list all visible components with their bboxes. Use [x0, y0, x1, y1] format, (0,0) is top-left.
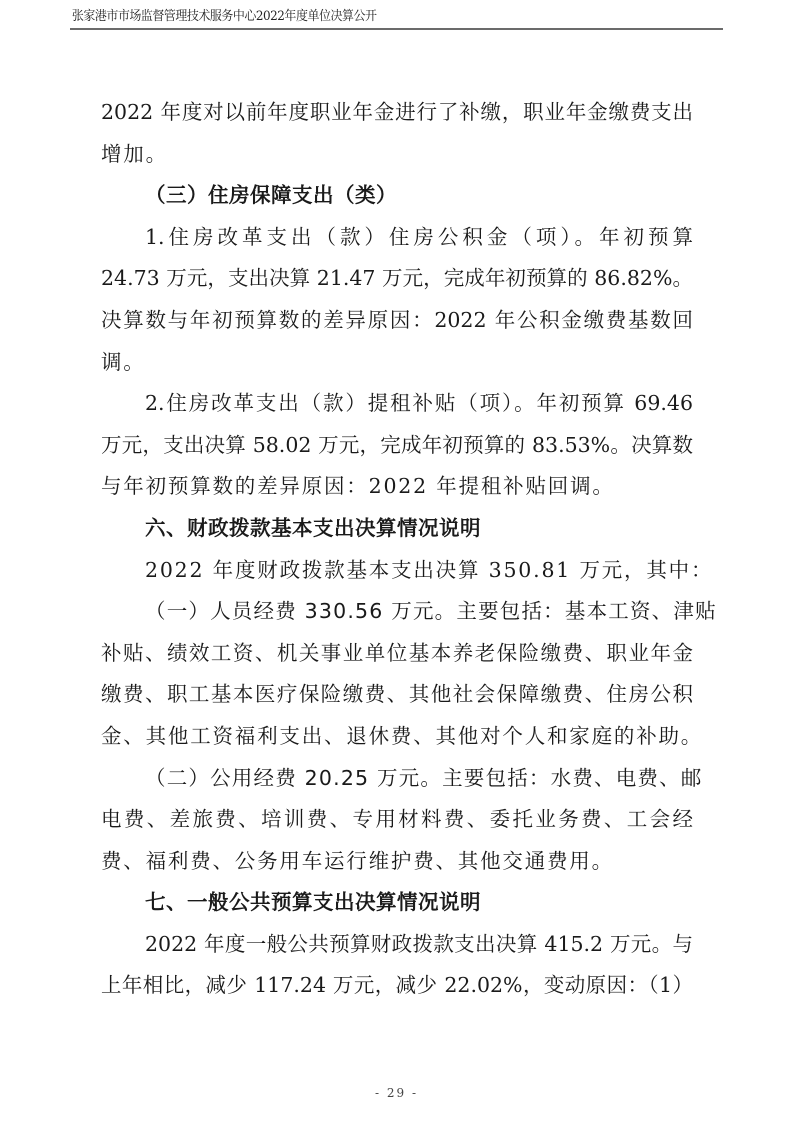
paragraph-line: 补贴、绩效工资、机关事业单位基本养老保险缴费、职业年金	[101, 633, 693, 675]
paragraph-line: 调。	[101, 342, 693, 384]
personnel-rest: 主要包括：基本工资、津贴	[456, 599, 716, 623]
section-heading-7: 七、一般公共预算支出决算情况说明	[101, 882, 693, 924]
paragraph-line: 费、福利费、公务用车运行维护费、其他交通费用。	[101, 841, 693, 883]
public-rest: 主要包括：水费、电费、邮	[442, 766, 702, 790]
header-divider	[70, 28, 723, 30]
paragraph-line: 缴费、职工基本医疗保险缴费、其他社会保障缴费、住房公积	[101, 674, 693, 716]
paragraph-line: 2022 年度财政拨款基本支出决算 350.81 万元，其中：	[101, 550, 693, 592]
document-body: 2022 年度对以前年度职业年金进行了补缴，职业年金缴费支出 增加。 （三）住房…	[101, 92, 693, 1007]
paragraph-line: 万元，支出决算 58.02 万元，完成年初预算的 83.53%。决算数	[101, 425, 693, 467]
paragraph-line: 金、其他工资福利支出、退休费、其他对个人和家庭的补助。	[101, 716, 693, 758]
section-heading-6: 六、财政拨款基本支出决算情况说明	[101, 508, 693, 550]
public-lead: （二）公用经费 20.25 万元。	[145, 766, 442, 790]
personnel-lead: （一）人员经费 330.56 万元。	[145, 599, 456, 623]
page-number: - 29 -	[0, 1086, 793, 1100]
paragraph-line-personnel: （一）人员经费 330.56 万元。主要包括：基本工资、津贴	[101, 591, 693, 633]
paragraph-line: 增加。	[101, 134, 693, 176]
header-title: 张家港市市场监督管理技术服务中心2022年度单位决算公开	[70, 8, 671, 26]
page-header: 张家港市市场监督管理技术服务中心2022年度单位决算公开	[70, 8, 723, 30]
paragraph-line: 2022 年度对以前年度职业年金进行了补缴，职业年金缴费支出	[101, 92, 693, 134]
paragraph-line: 2.住房改革支出（款）提租补贴（项）。年初预算 69.46	[101, 383, 693, 425]
paragraph-line: 1.住房改革支出（款）住房公积金（项）。年初预算	[101, 217, 693, 259]
section-heading-housing: （三）住房保障支出（类）	[101, 175, 693, 217]
paragraph-line: 24.73 万元，支出决算 21.47 万元，完成年初预算的 86.82%。	[101, 258, 693, 300]
paragraph-line: 2022 年度一般公共预算财政拨款支出决算 415.2 万元。与	[101, 924, 693, 966]
paragraph-line-public: （二）公用经费 20.25 万元。主要包括：水费、电费、邮	[101, 758, 693, 800]
paragraph-line: 决算数与年初预算数的差异原因：2022 年公积金缴费基数回	[101, 300, 693, 342]
paragraph-line: 电费、差旅费、培训费、专用材料费、委托业务费、工会经	[101, 799, 693, 841]
paragraph-line: 与年初预算数的差异原因：2022 年提租补贴回调。	[101, 466, 693, 508]
paragraph-line: 上年相比，减少 117.24 万元，减少 22.02%，变动原因：（1）	[101, 965, 693, 1007]
